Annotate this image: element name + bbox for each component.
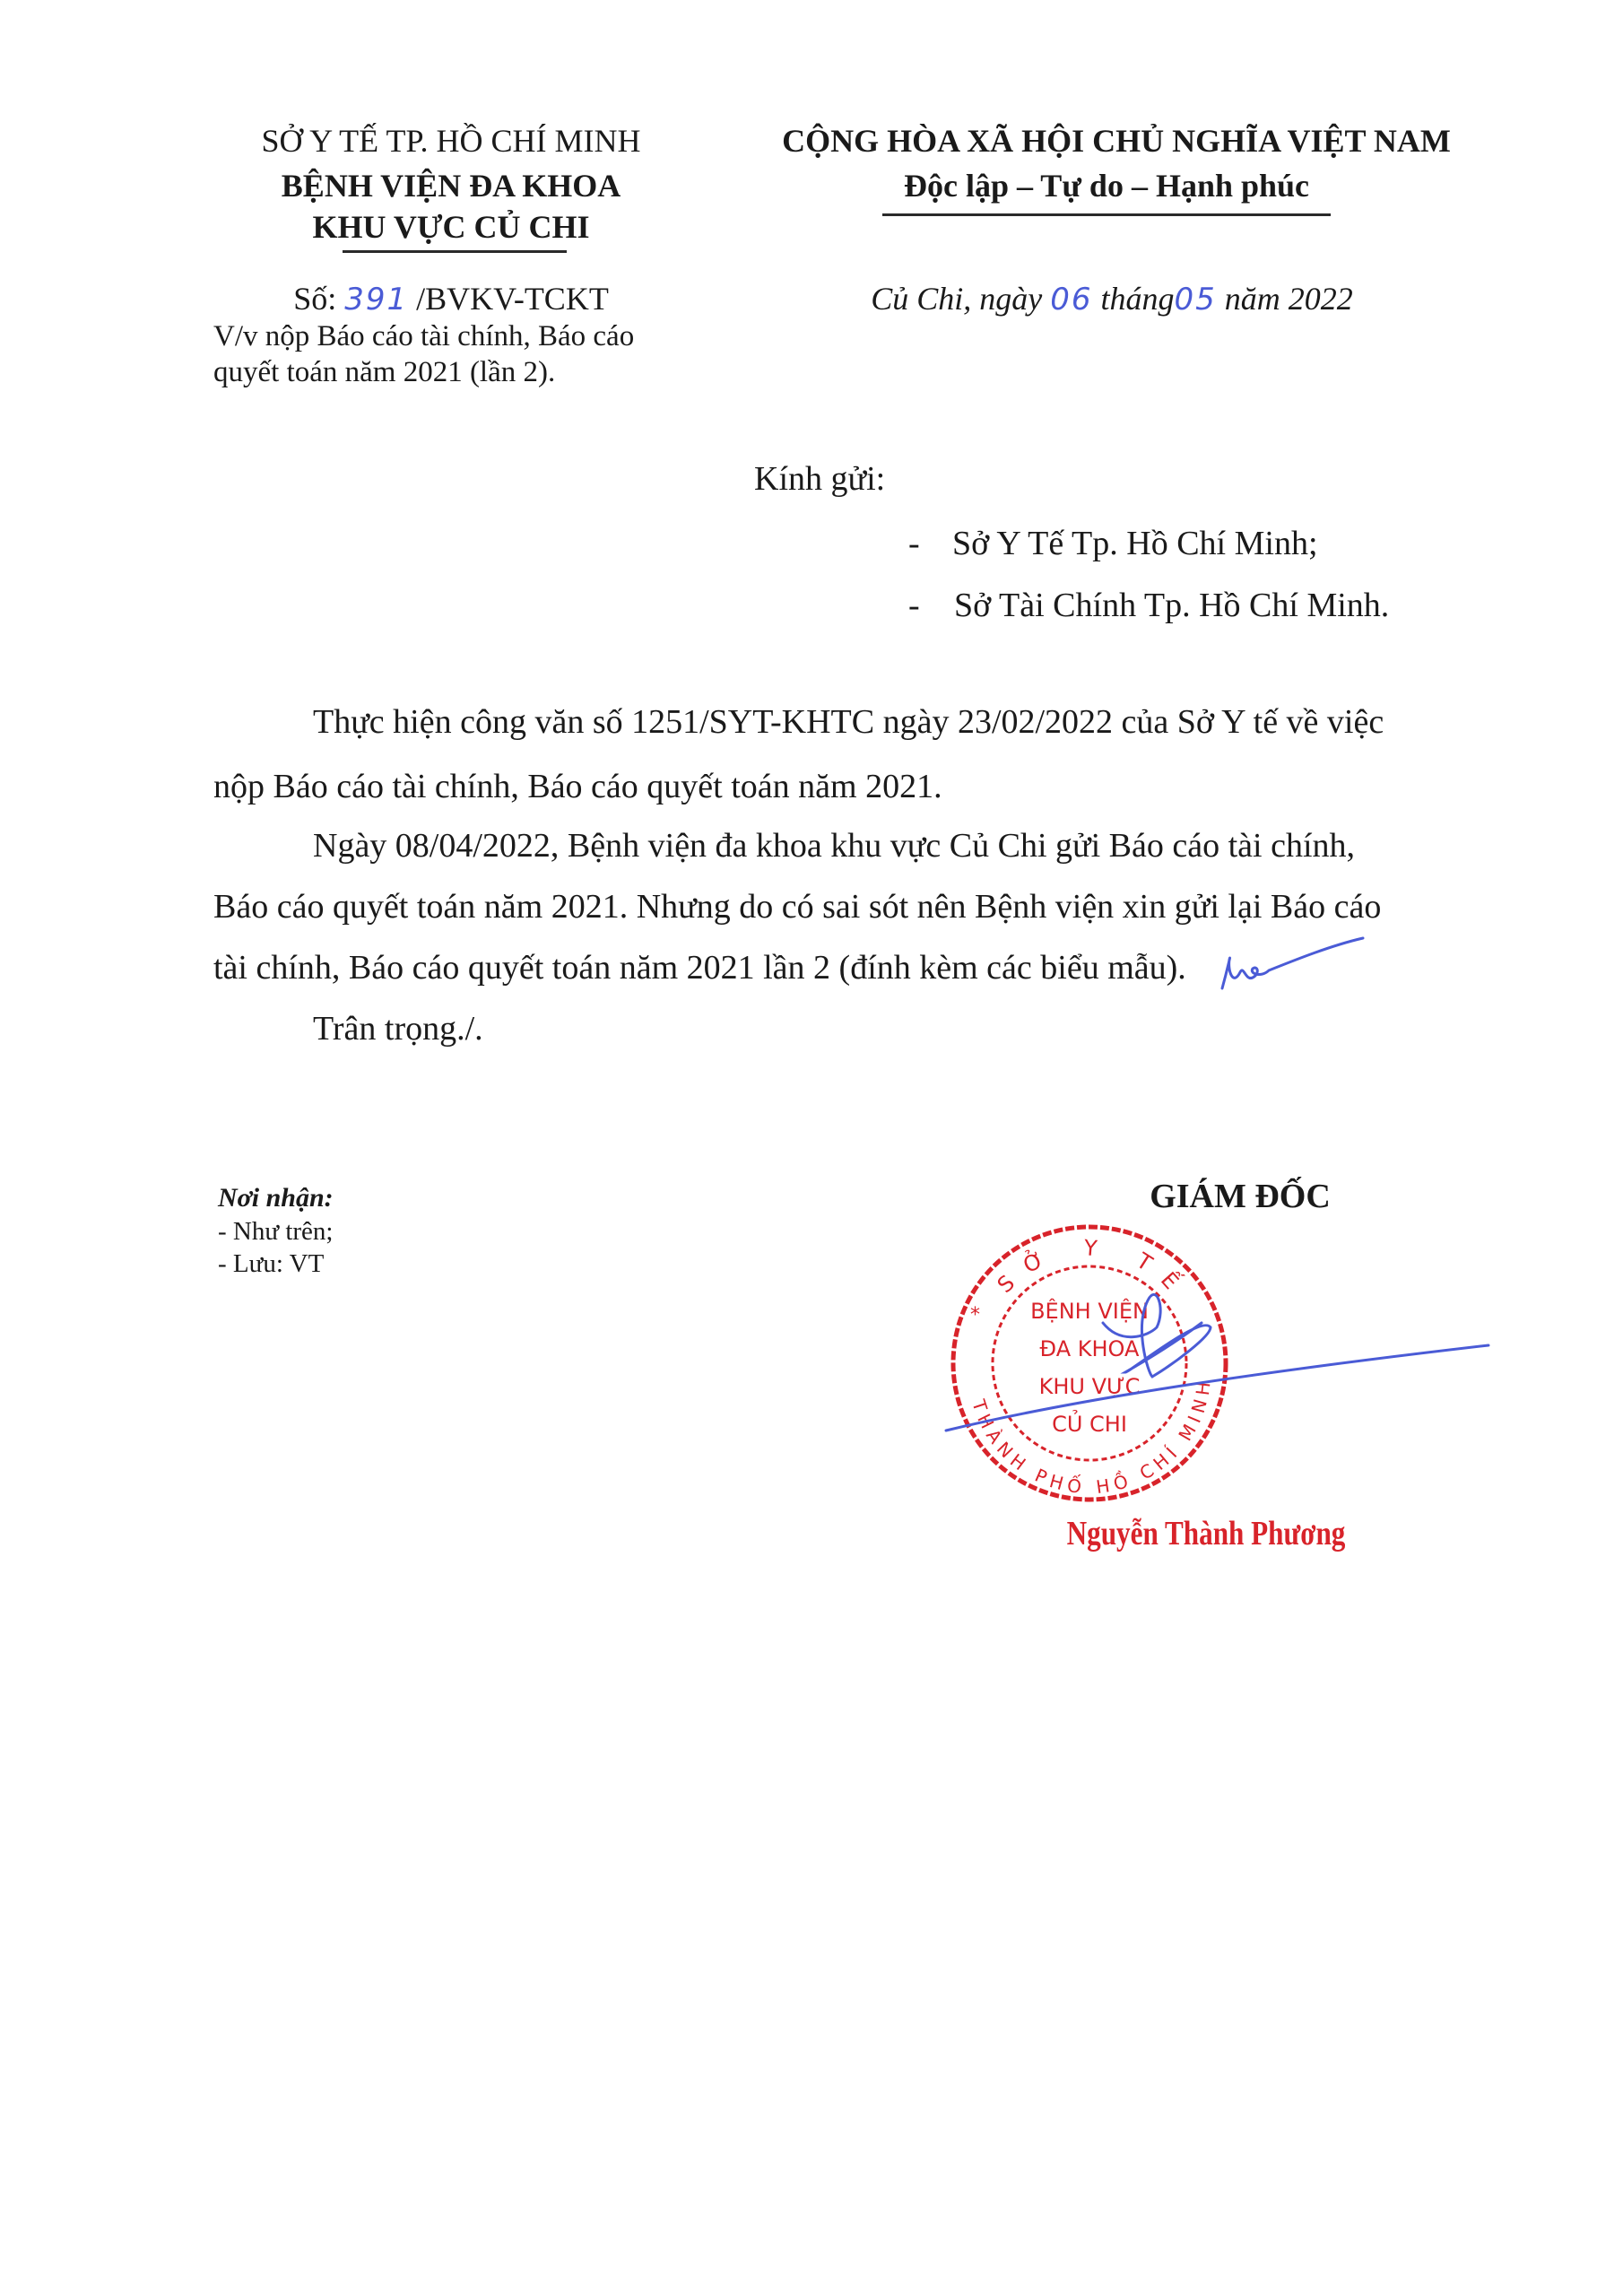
motto-underline — [882, 213, 1331, 216]
subject-line1: V/v nộp Báo cáo tài chính, Báo cáo — [213, 320, 634, 353]
signer-name: Nguyễn Thành Phương — [1067, 1514, 1346, 1553]
initials-mark — [1215, 933, 1367, 1004]
national-title: CỘNG HÒA XÃ HỘI CHỦ NGHĨA VIỆT NAM — [782, 122, 1451, 160]
date-place: Củ Chi, ngày — [871, 281, 1042, 317]
body-p1-line2: nộp Báo cáo tài chính, Báo cáo quyết toá… — [213, 767, 1442, 806]
org-name-line2: KHU VỰC CỦ CHI — [312, 208, 589, 246]
national-motto: Độc lập – Tự do – Hạnh phúc — [904, 167, 1309, 204]
body-closing: Trân trọng./. — [313, 1009, 1541, 1048]
body-p2-line2: Báo cáo quyết toán năm 2021. Nhưng do có… — [213, 887, 1442, 926]
recipient-bullet: - — [908, 586, 920, 625]
date-month: 05 — [1175, 282, 1217, 317]
document-date: Củ Chi, ngày 06 tháng05 năm 2022 — [871, 280, 1353, 317]
date-day: 06 — [1050, 282, 1092, 317]
subject-line2: quyết toán năm 2021 (lần 2). — [213, 356, 555, 389]
agency-name: SỞ Y TẾ TP. HỒ CHÍ MINH — [261, 122, 640, 160]
org-name-line1: BỆNH VIỆN ĐA KHOA — [282, 167, 621, 204]
number-handwritten: 391 — [344, 282, 408, 317]
date-month-label: tháng — [1101, 281, 1175, 317]
recipients-label: Kính gửi: — [754, 459, 885, 499]
number-prefix: Số: — [293, 281, 336, 317]
document-number: Số: 391 /BVKV-TCKT — [293, 280, 609, 317]
handwritten-signature — [942, 1238, 1497, 1471]
recipient-bullet: - — [908, 524, 920, 563]
body-p1-line1: Thực hiện công văn số 1251/SYT-KHTC ngày… — [313, 702, 1541, 742]
footer-recipient: - Như trên; — [218, 1217, 333, 1247]
recipient-item: Sở Tài Chính Tp. Hồ Chí Minh. — [954, 586, 1389, 625]
signer-title: GIÁM ĐỐC — [1150, 1177, 1331, 1216]
body-p2-line1: Ngày 08/04/2022, Bệnh viện đa khoa khu v… — [313, 826, 1541, 865]
date-year: năm 2022 — [1225, 281, 1353, 317]
number-suffix: /BVKV-TCKT — [416, 281, 609, 317]
footer-recipient: - Lưu: VT — [218, 1249, 324, 1279]
recipients-footer-label: Nơi nhận: — [218, 1183, 334, 1213]
org-underline — [343, 250, 567, 253]
recipient-item: Sở Y Tế Tp. Hồ Chí Minh; — [952, 524, 1318, 563]
